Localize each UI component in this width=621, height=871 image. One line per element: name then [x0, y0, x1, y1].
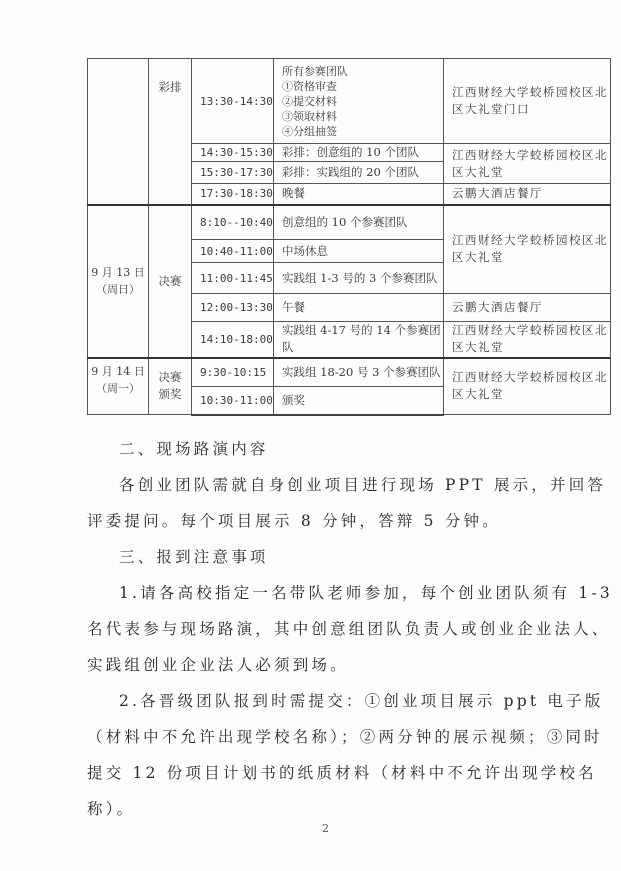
section-heading: 三、报到注意事项: [87, 539, 617, 575]
section-heading: 二、现场路演内容: [87, 431, 617, 467]
location-cell: 江西财经大学蛟桥园校区北区大礼堂: [444, 144, 611, 184]
date-cell: 9 月 14 日 （周一）: [88, 358, 149, 415]
stage-cell: 彩排: [149, 59, 192, 205]
paragraph: 1.请各高校指定一名带队老师参加，每个创业团队须有 1-3 名代表参与现场路演，…: [87, 575, 617, 683]
time-cell: 13:30-14:30: [192, 59, 274, 144]
date-cell: [88, 59, 149, 205]
schedule-table: 彩排 13:30-14:30 所有参赛团队 ①资格审查 ②提交材料 ③领取材料 …: [87, 58, 611, 416]
stage-cell: 决赛: [149, 205, 192, 358]
document-page: 彩排 13:30-14:30 所有参赛团队 ①资格审查 ②提交材料 ③领取材料 …: [0, 0, 621, 871]
table-row: 9 月 13 日 （周日） 决赛 8:10--10:40 创意组的 10 个参赛…: [88, 205, 611, 240]
table-row: 9 月 14 日 （周一） 决赛 颁奖 9:30-10:15 实践组 18-20…: [88, 358, 611, 387]
page-number: 2: [322, 822, 329, 835]
location-cell: 江西财经大学蛟桥园校区北区大礼堂: [444, 358, 611, 415]
stage-cell: 决赛 颁奖: [149, 358, 192, 415]
section-2: 二、现场路演内容 各创业团队需就自身创业项目进行现场 PPT 展示，并回答评委提…: [87, 431, 617, 827]
location-cell: 江西财经大学蛟桥园校区北区大礼堂门口: [444, 59, 611, 144]
date-cell: 9 月 13 日 （周日）: [88, 205, 149, 358]
location-cell: 江西财经大学蛟桥园校区北区大礼堂: [444, 205, 611, 294]
table-row: 彩排 13:30-14:30 所有参赛团队 ①资格审查 ②提交材料 ③领取材料 …: [88, 59, 611, 144]
paragraph: 各创业团队需就自身创业项目进行现场 PPT 展示，并回答评委提问。每个项目展示 …: [87, 467, 617, 539]
content-cell: 所有参赛团队 ①资格审查 ②提交材料 ③领取材料 ④分组抽签: [274, 59, 444, 144]
paragraph: 2.各晋级团队报到时需提交：①创业项目展示 ppt 电子版（材料中不允许出现学校…: [87, 683, 617, 827]
